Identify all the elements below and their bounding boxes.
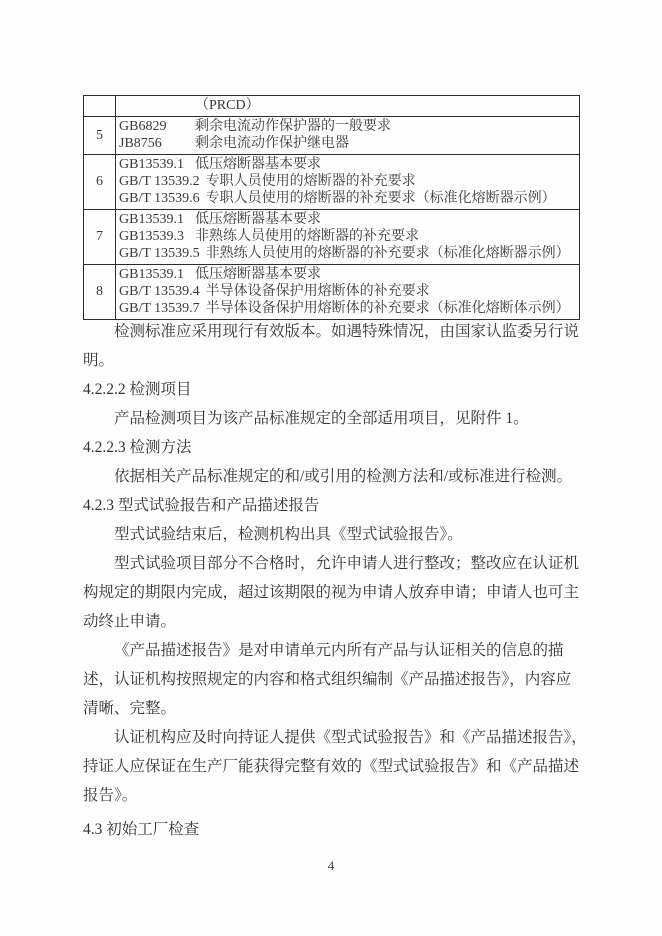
standard-line: GB/T 13539.7半导体设备保护用熔断体的补充要求（标准化熔断体示例） [119, 300, 575, 317]
section-heading: 4.3 初始工厂检查 [83, 815, 580, 844]
section-heading: 4.2.2.2 检测项目 [83, 375, 580, 404]
text-line: 4.3 初始工厂检查 [83, 815, 580, 844]
standard-lines-cell: GB13539.1低压熔断器基本要求GB/T 13539.4半导体设备保护用熔断… [116, 265, 580, 320]
standard-line: GB13539.1低压熔断器基本要求 [119, 266, 575, 283]
standard-description: 非熟练人员使用的熔断器的补充要求（标准化熔断器示例） [206, 246, 570, 261]
text-line: 型式试验项目部分不合格时，允许申请人进行整改；整改应在认证机 [83, 549, 580, 578]
standards-table: （PRCD）5GB6829剩余电流动作保护器的一般要求JB8756剩余电流动作保… [83, 95, 580, 320]
standard-code: GB13539.1 [119, 266, 189, 283]
row-number-cell: 7 [84, 210, 116, 265]
standard-line: GB13539.1低压熔断器基本要求 [119, 156, 575, 173]
text-line: 型式试验结束后，检测机构出具《型式试验报告》。 [83, 520, 580, 549]
text-line: 产品检测项目为该产品标准规定的全部适用项目，见附件 1。 [83, 404, 580, 433]
row-number-cell: 5 [84, 117, 116, 155]
standard-line: GB6829剩余电流动作保护器的一般要求 [119, 118, 575, 135]
standard-code: GB/T 13539.6 [119, 190, 200, 207]
table-row: 6GB13539.1低压熔断器基本要求GB/T 13539.2专职人员使用的熔断… [84, 155, 580, 210]
standard-line: GB/T 13539.6专职人员使用的熔断器的补充要求（标准化熔断器示例） [119, 190, 575, 207]
table-row: 8GB13539.1低压熔断器基本要求GB/T 13539.4半导体设备保护用熔… [84, 265, 580, 320]
standard-code: GB/T 13539.2 [119, 173, 200, 190]
text-line: 述，认证机构按照规定的内容和格式组织编制《产品描述报告》，内容应 [83, 665, 580, 694]
paragraph: 检测标准应采用现行有效版本。如遇特殊情况，由国家认监委另行说明。 [83, 317, 580, 375]
standard-lines-cell: （PRCD） [116, 96, 580, 117]
standard-line: GB/T 13539.4半导体设备保护用熔断体的补充要求 [119, 283, 575, 300]
table-row: （PRCD） [84, 96, 580, 117]
paragraph: 产品检测项目为该产品标准规定的全部适用项目，见附件 1。 [83, 404, 580, 433]
standard-description: 低压熔断器基本要求 [195, 212, 321, 227]
document-page: （PRCD）5GB6829剩余电流动作保护器的一般要求JB8756剩余电流动作保… [0, 0, 662, 936]
standard-code: GB13539.1 [119, 211, 189, 228]
text-line: 4.2.2.3 检测方法 [83, 433, 580, 462]
text-line: 构规定的期限内完成，超过该期限的视为申请人放弃申请；申请人也可主 [83, 578, 580, 607]
standard-description: 半导体设备保护用熔断体的补充要求（标准化熔断体示例） [206, 301, 570, 316]
row-number-cell: 6 [84, 155, 116, 210]
text-line: 4.2.3 型式试验报告和产品描述报告 [83, 491, 580, 520]
text-line: 依据相关产品标准规定的和/或引用的检测方法和/或标准进行检测。 [83, 462, 580, 491]
text-line: 持证人应保证在生产厂能获得完整有效的《型式试验报告》和《产品描述 [83, 752, 580, 781]
row-number-cell [84, 96, 116, 117]
text-line: 动终止申请。 [83, 607, 580, 636]
standard-line: JB8756剩余电流动作保护继电器 [119, 135, 575, 152]
standard-code: GB/T 13539.5 [119, 245, 200, 262]
standard-description: 半导体设备保护用熔断体的补充要求 [206, 284, 430, 299]
text-line: 《产品描述报告》是对申请单元内所有产品与认证相关的信息的描 [83, 636, 580, 665]
standard-line: GB/T 13539.2专职人员使用的熔断器的补充要求 [119, 173, 575, 190]
paragraph: 型式试验结束后，检测机构出具《型式试验报告》。 [83, 520, 580, 549]
standard-code: JB8756 [119, 135, 189, 152]
standard-description: 非熟练人员使用的熔断器的补充要求 [195, 229, 419, 244]
text-line: 报告》。 [83, 781, 580, 810]
standard-description: 专职人员使用的熔断器的补充要求 [206, 174, 416, 189]
standard-description: （PRCD） [195, 98, 260, 113]
standard-line: GB13539.1低压熔断器基本要求 [119, 211, 575, 228]
standard-code: GB6829 [119, 118, 189, 135]
standard-lines-cell: GB13539.1低压熔断器基本要求GB13539.3非熟练人员使用的熔断器的补… [116, 210, 580, 265]
standard-code: GB/T 13539.4 [119, 283, 200, 300]
standard-description: 专职人员使用的熔断器的补充要求（标准化熔断器示例） [206, 191, 556, 206]
row-number-cell: 8 [84, 265, 116, 320]
standard-line: （PRCD） [119, 97, 575, 114]
table-row: 5GB6829剩余电流动作保护器的一般要求JB8756剩余电流动作保护继电器 [84, 117, 580, 155]
text-line: 明。 [83, 346, 580, 375]
paragraph: 《产品描述报告》是对申请单元内所有产品与认证相关的信息的描述，认证机构按照规定的… [83, 636, 580, 723]
standard-line: GB/T 13539.5非熟练人员使用的熔断器的补充要求（标准化熔断器示例） [119, 245, 575, 262]
standard-lines-cell: GB13539.1低压熔断器基本要求GB/T 13539.2专职人员使用的熔断器… [116, 155, 580, 210]
standard-lines-cell: GB6829剩余电流动作保护器的一般要求JB8756剩余电流动作保护继电器 [116, 117, 580, 155]
page-number: 4 [0, 858, 662, 874]
standard-code: GB13539.1 [119, 156, 189, 173]
text-line: 认证机构应及时向持证人提供《型式试验报告》和《产品描述报告》， [83, 723, 580, 752]
table-row: 7GB13539.1低压熔断器基本要求GB13539.3非熟练人员使用的熔断器的… [84, 210, 580, 265]
standard-code: GB/T 13539.7 [119, 300, 200, 317]
standard-line: GB13539.3非熟练人员使用的熔断器的补充要求 [119, 228, 575, 245]
section-heading: 4.2.2.3 检测方法 [83, 433, 580, 462]
text-line: 清晰、完整。 [83, 694, 580, 723]
text-line: 4.2.2.2 检测项目 [83, 375, 580, 404]
standard-code: GB13539.3 [119, 228, 189, 245]
standard-description: 低压熔断器基本要求 [195, 267, 321, 282]
paragraph: 认证机构应及时向持证人提供《型式试验报告》和《产品描述报告》，持证人应保证在生产… [83, 723, 580, 810]
paragraph: 型式试验项目部分不合格时，允许申请人进行整改；整改应在认证机构规定的期限内完成，… [83, 549, 580, 636]
standard-description: 低压熔断器基本要求 [195, 157, 321, 172]
standard-description: 剩余电流动作保护继电器 [195, 136, 349, 151]
text-line: 检测标准应采用现行有效版本。如遇特殊情况，由国家认监委另行说 [83, 317, 580, 346]
section-heading: 4.2.3 型式试验报告和产品描述报告 [83, 491, 580, 520]
body-text: 检测标准应采用现行有效版本。如遇特殊情况，由国家认监委另行说明。4.2.2.2 … [83, 317, 580, 844]
standard-description: 剩余电流动作保护器的一般要求 [195, 119, 391, 134]
paragraph: 依据相关产品标准规定的和/或引用的检测方法和/或标准进行检测。 [83, 462, 580, 491]
